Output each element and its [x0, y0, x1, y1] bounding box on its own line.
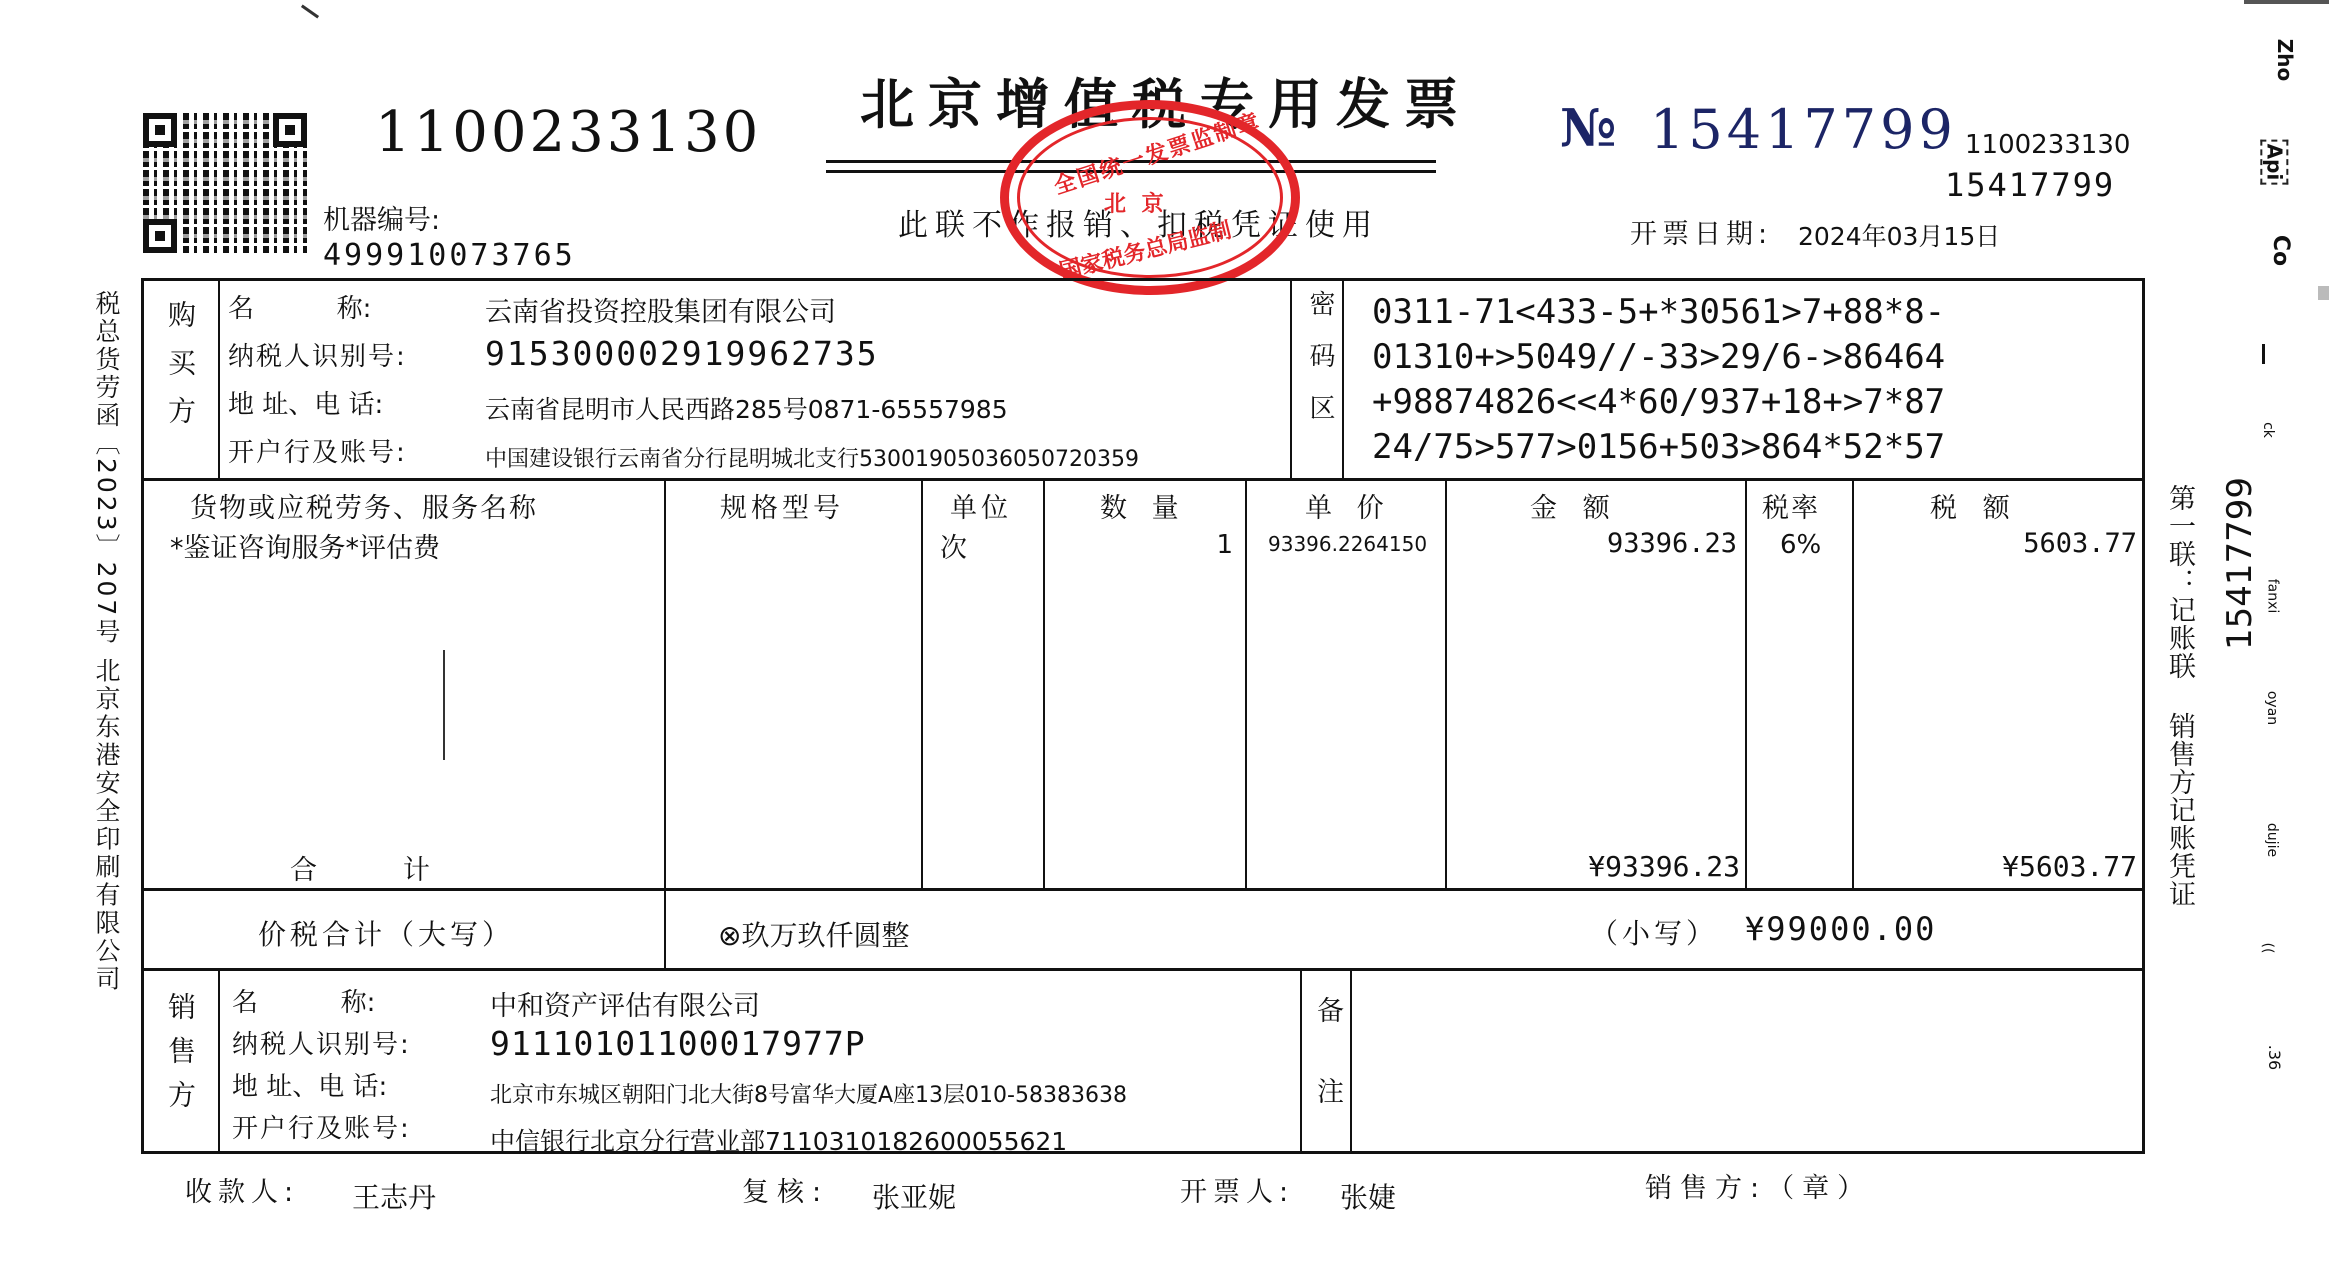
edge-fragment: .36	[2265, 1045, 2284, 1070]
col-header-quantity: 数 量	[1100, 486, 1187, 525]
total-bottom-border	[141, 968, 2145, 971]
seller-stamp-label: 销售方:（章）	[1645, 1166, 1872, 1205]
edge-fragment: dujie	[2264, 823, 2280, 857]
grand-total-small-label: （小写）	[1590, 912, 1718, 952]
col-header-spec: 规格型号	[720, 486, 844, 525]
edge-fragment: Zho	[2273, 39, 2297, 81]
seller-address-label: 地 址、电 话:	[232, 1066, 387, 1103]
item-unit: 次	[940, 526, 967, 565]
supervision-seal: 全国统一发票监制章 北 京 国家税务总局监制	[1000, 100, 1300, 295]
buyer-label-divider	[218, 278, 220, 478]
edge-top-mark	[2244, 0, 2329, 4]
payee: 王志丹	[352, 1176, 436, 1216]
edge-fragment: fanxi	[2264, 579, 2280, 614]
buyer-section-label: 购买方	[160, 300, 200, 444]
grand-total-label: 价税合计（大写）	[258, 913, 514, 953]
col-divider	[664, 478, 666, 888]
buyer-tax-id-label: 纳税人识别号:	[228, 336, 407, 373]
edge-fragment: ck	[2260, 422, 2276, 438]
cipher-line: 01310+>5049//-33>29/6->86464	[1372, 335, 1945, 380]
issuer-label: 开票人:	[1180, 1170, 1294, 1209]
invoice-number: 15417799	[1650, 98, 1957, 161]
item-quantity: 1	[1043, 530, 1233, 560]
print-artifact-line	[443, 650, 445, 760]
col-divider	[1245, 478, 1247, 888]
edge-fragment: ((	[2259, 943, 2275, 954]
buyer-name: 云南省投资控股集团有限公司	[485, 290, 836, 329]
item-amount: 93396.23	[1445, 528, 1737, 559]
col-header-tax: 税 额	[1930, 486, 2010, 525]
edge-fragment: Api	[2260, 140, 2288, 185]
invoice-code-small: 1100233130	[1965, 130, 2130, 160]
issuer: 张婕	[1340, 1176, 1396, 1216]
remarks-label: 备注	[1308, 996, 1347, 1158]
buyer-bank: 中国建设银行云南省分行昆明城北支行53001905036050720359	[485, 442, 1139, 473]
buyer-address: 云南省昆明市人民西路285号0871-65557985	[485, 390, 1008, 426]
issue-date: 2024年03月15日	[1798, 217, 2000, 253]
seller-bank-label: 开户行及账号:	[232, 1108, 411, 1145]
item-name: *鉴证咨询服务*评估费	[170, 526, 440, 565]
cipher-line: 24/75>577>0156+503>864*52*57	[1372, 425, 1945, 470]
side-text-left: 税总货劳函〔2023〕207号 北京东港安全印刷有限公司	[88, 290, 124, 1160]
col-header-tax-rate: 税率	[1762, 486, 1820, 525]
buyer-name-label: 名 称:	[228, 288, 371, 325]
col-header-amount: 金 额	[1530, 486, 1610, 525]
seller-name-label: 名 称:	[232, 982, 375, 1019]
seller-section-label: 销售方	[160, 992, 200, 1124]
edge-fragment: oyan	[2264, 691, 2280, 725]
seal-middle-text: 北 京	[1104, 187, 1168, 218]
remarks-content	[1360, 980, 2130, 1140]
seller-name: 中和资产评估有限公司	[490, 984, 760, 1023]
col-header-unit: 单位	[950, 486, 1012, 525]
total-label: 合 计	[290, 848, 430, 887]
total-tax: ¥5603.77	[1852, 850, 2137, 883]
number-prefix: №	[1560, 98, 1617, 159]
payee-label: 收款人:	[185, 1170, 299, 1209]
items-bottom-border	[141, 888, 2145, 891]
reviewer-label: 复核:	[742, 1170, 829, 1209]
reviewer: 张亚妮	[872, 1176, 956, 1216]
side-text-right: 第一联：记账联 销售方记账凭证	[2160, 484, 2199, 964]
seller-label-divider	[218, 968, 220, 1154]
invoice-number-small: 15417799	[1945, 166, 2115, 204]
scan-mark	[301, 5, 319, 19]
cipher-divider-right	[1342, 278, 1344, 478]
col-divider	[921, 478, 923, 888]
machine-number: 499910073765	[323, 238, 576, 273]
seller-address: 北京市东城区朝阳门北大街8号富华大厦A座13层010-58383638	[490, 1078, 1127, 1109]
machine-number-label: 机器编号:	[323, 198, 440, 237]
cipher-section-label: 密码区	[1302, 290, 1339, 446]
buyer-bottom-border	[141, 478, 2145, 481]
buyer-address-label: 地 址、电 话:	[228, 384, 383, 421]
seller-tax-id: 91110101100017977P	[490, 1024, 866, 1063]
buyer-tax-id: 915300002919962735	[485, 334, 879, 373]
invoice-code: 1100233130	[375, 100, 761, 165]
cipher-block: 0311-71<433-5+*30561>7+88*8- 01310+>5049…	[1372, 290, 1945, 470]
remarks-divider-right	[1350, 968, 1352, 1154]
col-header-name: 货物或应税劳务、服务名称	[190, 486, 538, 525]
grand-total-divider	[664, 888, 666, 968]
item-tax-rate: 6%	[1780, 530, 1821, 560]
cipher-line: 0311-71<433-5+*30561>7+88*8-	[1372, 290, 1945, 335]
edge-mark	[2262, 344, 2265, 364]
col-divider	[1745, 478, 1747, 888]
item-tax: 5603.77	[1852, 528, 2137, 559]
total-amount: ¥93396.23	[1445, 850, 1740, 883]
seller-bank: 中信银行北京分行营业部7110310182600055621	[490, 1122, 1067, 1158]
issue-date-label: 开票日期:	[1630, 212, 1772, 251]
edge-scroll-marker	[2318, 286, 2329, 300]
cipher-line: +98874826<<4*60/937+18+>7*87	[1372, 380, 1945, 425]
cipher-divider-left	[1290, 278, 1292, 478]
qr-code	[143, 113, 307, 253]
edge-fragment: Co	[2268, 235, 2293, 266]
buyer-bank-label: 开户行及账号:	[228, 432, 407, 469]
seller-tax-id-label: 纳税人识别号:	[232, 1024, 411, 1061]
edge-rotated-number: 15417799	[2220, 477, 2260, 650]
remarks-divider-left	[1300, 968, 1302, 1154]
grand-total-figures: ¥99000.00	[1745, 910, 1936, 948]
grand-total-words: ⊗玖万玖仟圆整	[718, 914, 909, 954]
col-header-unit-price: 单 价	[1305, 486, 1392, 525]
item-unit-price: 93396.2264150	[1268, 532, 1427, 556]
